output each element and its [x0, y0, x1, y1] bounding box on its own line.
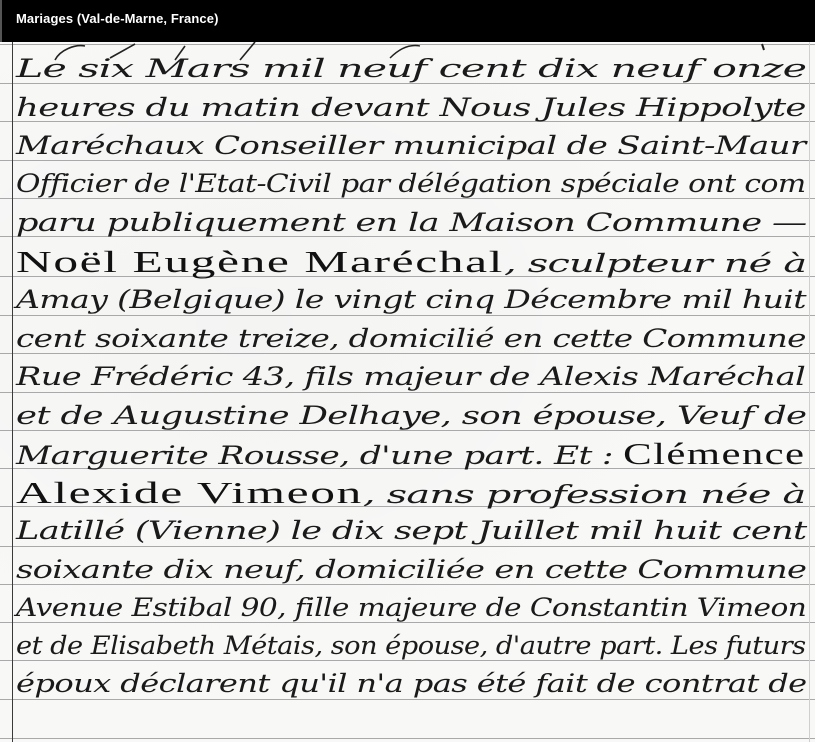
line-text: Latillé (Vienne) le dix sept Juillet mil… [16, 516, 806, 545]
line-text: et de Elisabeth Métais, son épouse, d'au… [16, 631, 806, 660]
handwritten-line: Maréchaux Conseiller municipal de Saint-… [16, 131, 806, 160]
handwritten-line: Rue Frédéric 43, fils majeur de Alexis M… [16, 362, 805, 391]
ruled-line [0, 198, 815, 199]
line-text: Rue Frédéric 43, fils majeur de Alexis M… [16, 362, 805, 391]
handwritten-line: Officier de l'Etat-Civil par délégation … [16, 169, 806, 198]
collection-title: Mariages (Val-de-Marne, France) [16, 11, 219, 26]
title-bar: Mariages (Val-de-Marne, France) [0, 0, 815, 42]
margin-line [12, 42, 13, 742]
handwritten-line: Latillé (Vienne) le dix sept Juillet mil… [16, 516, 806, 545]
ruled-line [0, 738, 815, 739]
handwritten-line: cent soixante treize, domicilié en cette… [16, 324, 806, 353]
ruled-line [0, 392, 815, 393]
handwritten-line: paru publiquement en la Maison Commune — [16, 208, 806, 237]
handwritten-line: Alexide Vimeon, sans profession née à [16, 475, 806, 511]
ruled-line [0, 353, 815, 354]
handwritten-line: époux déclarent qu'il n'a pas été fait d… [16, 669, 807, 698]
register-page-scan[interactable]: Le six Mars mil neuf cent dix neuf onze … [0, 42, 815, 742]
line-text: heures du matin devant Nous Jules Hippol… [16, 93, 806, 122]
line-text: , sans profession née à [363, 480, 806, 509]
bride-first-name: Clémence [623, 436, 805, 471]
handwritten-line: soixante dix neuf, domiciliée en cette C… [16, 555, 806, 584]
line-text: et de Augustine Delhaye, son épouse, Veu… [16, 401, 806, 430]
handwritten-line: Marguerite Rousse, d'une part. Et : Clém… [16, 436, 805, 472]
line-text: cent soixante treize, domicilié en cette… [16, 324, 806, 353]
line-text: soixante dix neuf, domiciliée en cette C… [16, 555, 806, 584]
handwritten-line: Avenue Estibal 90, fille majeure de Cons… [16, 593, 806, 622]
ruled-line [0, 160, 815, 161]
ruled-line [0, 315, 815, 316]
handwritten-line: et de Elisabeth Métais, son épouse, d'au… [16, 631, 806, 660]
handwritten-line: heures du matin devant Nous Jules Hippol… [16, 93, 806, 122]
line-text: Officier de l'Etat-Civil par délégation … [16, 169, 806, 198]
ruled-line [0, 83, 815, 84]
ruled-line [0, 660, 815, 661]
bride-name: Alexide Vimeon [16, 475, 363, 510]
document-viewer: Mariages (Val-de-Marne, France) [0, 0, 815, 742]
handwritten-line: Noël Eugène Maréchal, sculpteur né à [16, 244, 806, 280]
line-text: Marguerite Rousse, d'une part. Et : [16, 441, 623, 470]
line-text: Amay (Belgique) le vingt cinq Décembre m… [16, 285, 806, 314]
line-text: , sculpteur né à [504, 249, 806, 278]
ruled-line [0, 699, 815, 700]
line-text: Avenue Estibal 90, fille majeure de Cons… [16, 593, 806, 622]
groom-name: Noël Eugène Maréchal [16, 244, 504, 279]
ruled-line [0, 430, 815, 431]
handwritten-line: Amay (Belgique) le vingt cinq Décembre m… [16, 285, 806, 314]
line-text: Le six Mars mil neuf cent dix neuf onze [16, 54, 806, 83]
ruled-line [0, 622, 815, 623]
page-edge [809, 42, 810, 742]
handwritten-line: et de Augustine Delhaye, son épouse, Veu… [16, 401, 806, 430]
line-text: Maréchaux Conseiller municipal de Saint-… [16, 131, 806, 160]
ruled-line [0, 584, 815, 585]
ruled-line [0, 546, 815, 547]
line-text: époux déclarent qu'il n'a pas été fait d… [16, 669, 807, 698]
line-text: paru publiquement en la Maison Commune — [16, 208, 806, 237]
handwritten-line: Le six Mars mil neuf cent dix neuf onze [16, 54, 806, 83]
